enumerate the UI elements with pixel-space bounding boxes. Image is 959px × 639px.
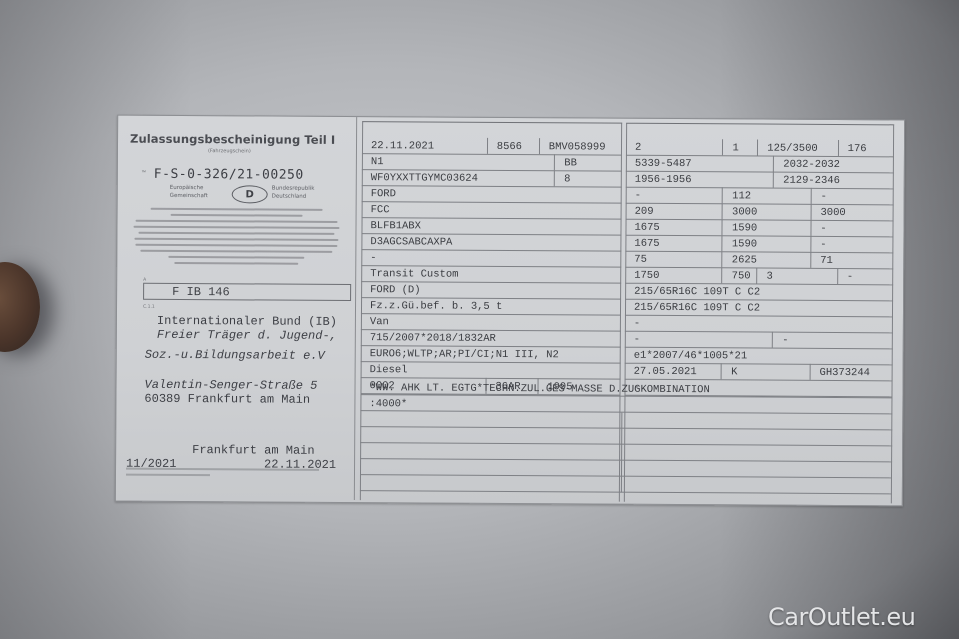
country-code-oval: D <box>232 185 268 203</box>
carOutlet-watermark: CarOutlet.eu <box>768 603 915 631</box>
field-value: 2129-2346 <box>773 172 894 188</box>
field-value: 750 <box>722 267 757 283</box>
remarks-line-empty <box>360 475 892 494</box>
registration-certificate: Zulassungsbescheinigung Teil I (Fahrzeug… <box>115 115 905 507</box>
field-value: - <box>625 315 893 332</box>
field-value: 1750 <box>625 267 722 283</box>
field-value: 715/2007*2018/1832AR <box>361 329 621 346</box>
field-value: 1675 <box>625 235 722 251</box>
field-value: WF0YXXTTGYMC03624 <box>362 169 554 186</box>
field-value: BB <box>554 154 622 170</box>
field-caption-holder: C.1.1 <box>143 305 155 310</box>
field-code: ™ <box>142 170 146 177</box>
holder-name-line3: Soz.-u.Bildungsarbeit e.V <box>145 348 325 363</box>
field-value: FORD (D) <box>361 281 621 298</box>
holder-panel: Zulassungsbescheinigung Teil I (Fahrzeug… <box>116 116 357 500</box>
field-value: 1675 <box>625 219 722 235</box>
issue-fineprint <box>126 468 336 481</box>
field-value: 8 <box>554 170 622 186</box>
field-value: Diesel <box>361 361 621 378</box>
issued-place: Frankfurt am Main <box>192 443 315 458</box>
field-value: 3 <box>756 268 836 284</box>
field-value: 1 <box>722 139 757 155</box>
issuer-right: Bundesrepublik Deutschland <box>272 185 332 201</box>
holder-name-line2: Freier Träger d. Jugend-, <box>157 328 337 343</box>
holder-street: Valentin-Senger-Straße 5 <box>144 378 317 393</box>
multilingual-fineprint <box>129 208 343 269</box>
field-value: 215/65R16C 109T C C2 <box>625 299 893 316</box>
field-value: 71 <box>810 252 893 268</box>
document-number: F-S-0-326/21-00250 <box>154 167 304 183</box>
field-value: 27.05.2021 <box>625 363 722 379</box>
field-value: 176 <box>838 140 894 156</box>
field-value: - <box>810 220 893 236</box>
field-value: BMV058999 <box>539 138 622 154</box>
field-value: - <box>626 187 723 203</box>
license-plate-field: F IB 146 <box>143 283 351 301</box>
field-value: FORD <box>362 185 622 202</box>
field-value: 112 <box>722 187 811 203</box>
field-value: BLFB1ABX <box>361 217 621 234</box>
field-value: Van <box>361 313 621 330</box>
field-value: e1*2007/46*1005*21 <box>625 347 893 364</box>
holder-city: 60389 Frankfurt am Main <box>144 392 310 407</box>
issuer-left: Europäische Gemeinschaft <box>170 184 230 200</box>
field-value: K <box>721 363 810 379</box>
document-subtitle: (Fahrzeugschein) <box>208 148 251 154</box>
field-value: 2032-2032 <box>773 156 894 172</box>
field-value: - <box>625 331 772 347</box>
field-value: 3000 <box>810 204 893 220</box>
field-value: - <box>837 268 893 284</box>
field-value: 1590 <box>722 235 811 251</box>
field-value: 1590 <box>722 219 811 235</box>
field-value: EURO6;WLTP;AR;PI/CI;N1 III, N2 <box>361 345 621 362</box>
field-value: GH373244 <box>809 364 892 380</box>
field-value: D3AGCSABCAXPA <box>361 233 621 250</box>
field-value: N1 <box>362 153 554 170</box>
field-value: 125/3500 <box>757 140 837 156</box>
field-value: 75 <box>625 251 722 267</box>
field-value: 8566 <box>487 138 539 154</box>
field-value: - <box>811 188 894 204</box>
field-value: Transit Custom <box>361 265 621 282</box>
field-value: 2 <box>626 139 723 155</box>
field-value: 22.11.2021 <box>362 137 487 153</box>
field-value: FCC <box>362 201 622 218</box>
document-title: Zulassungsbescheinigung Teil I <box>130 132 335 147</box>
field-value: 5339-5487 <box>626 155 773 171</box>
holder-name-line1: Internationaler Bund (IB) <box>157 314 337 329</box>
field-value: - <box>361 249 621 266</box>
field-value: - <box>772 332 893 348</box>
field-value: 1956-1956 <box>626 171 773 187</box>
field-value: 215/65R16C 109T C C2 <box>625 283 893 300</box>
finger-shadow <box>0 262 40 352</box>
field-value: Fz.z.Gü.bef. b. 3,5 t <box>361 297 621 314</box>
field-value: 2625 <box>722 251 811 267</box>
field-value: - <box>810 236 893 252</box>
field-value: 209 <box>626 203 723 219</box>
field-value: 3000 <box>722 203 811 219</box>
